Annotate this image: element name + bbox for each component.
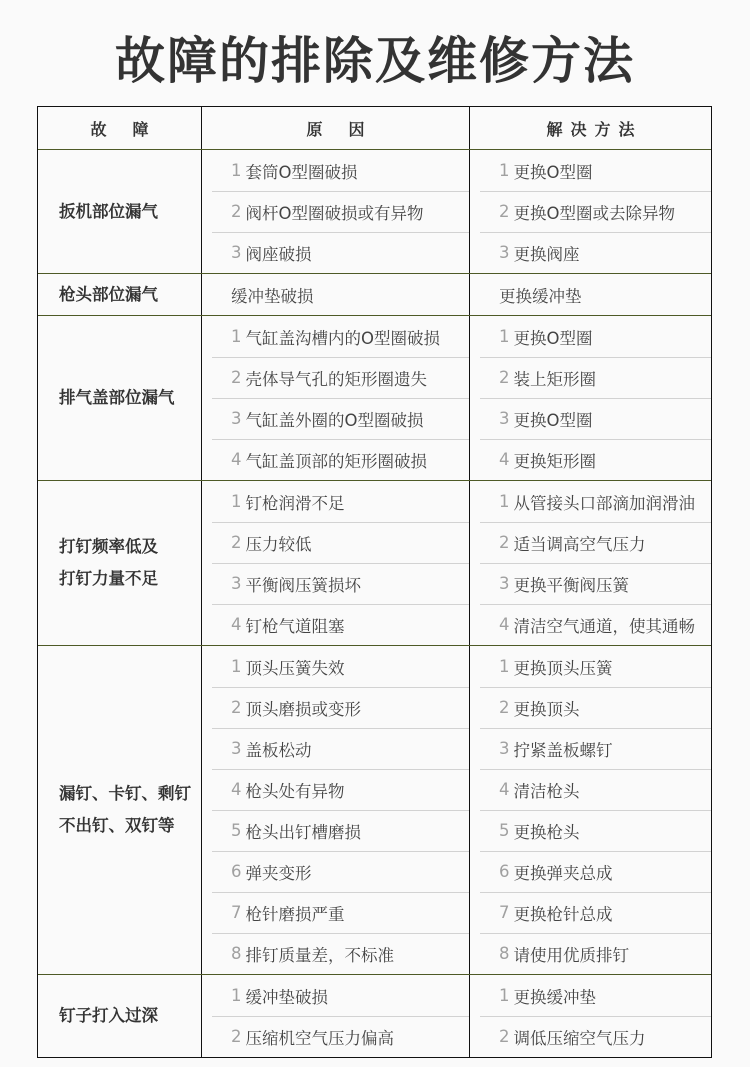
solution-item-number: 2 [499, 533, 510, 552]
solution-column: 1从管接头口部滴加润滑油2适当调高空气压力3更换平衡阀压簧4清洁空气通道，使其通… [470, 481, 711, 645]
cause-column: 1钉枪润滑不足2压力较低3平衡阀压簧损坏4钉枪气道阻塞 [202, 481, 470, 645]
cause-column: 1缓冲垫破损2压缩机空气压力偏高 [202, 975, 470, 1057]
fault-label: 钉子打入过深 [38, 975, 202, 1057]
cause-item: 3盖板松动 [202, 728, 469, 769]
cause-item: 5枪头出钉槽磨损 [202, 810, 469, 851]
solution-item-number: 1 [499, 986, 510, 1005]
cause-item: 3阀座破损 [202, 232, 469, 273]
solution-column: 1更换顶头压簧2更换顶头3拧紧盖板螺钉4清洁枪头5更换枪头6更换弹夹总成7更换枪… [470, 646, 711, 974]
cause-item: 2阀杆O型圈破损或有异物 [202, 191, 469, 232]
fault-label: 漏钉、卡钉、剩钉 不出钉、双钉等 [38, 646, 202, 974]
cause-item-number: 6 [231, 862, 242, 881]
cause-item-text: 钉枪气道阻塞 [246, 613, 345, 637]
solution-item-text: 更换缓冲垫 [514, 984, 597, 1008]
cause-item-text: 气缸盖沟槽内的O型圈破损 [246, 325, 441, 349]
solution-item: 1更换O型圈 [470, 150, 711, 191]
solution-item-text: 调低压缩空气压力 [514, 1025, 646, 1049]
cause-item-number: 1 [231, 492, 242, 511]
cause-item-text: 排钉质量差，不标准 [246, 942, 395, 966]
cause-item-number: 1 [231, 327, 242, 346]
solution-item-number: 4 [499, 780, 510, 799]
solution-item-text: 请使用优质排钉 [514, 942, 630, 966]
solution-item-text: 更换O型圈 [514, 159, 593, 183]
cause-column: 缓冲垫破损 [202, 274, 470, 315]
cause-item-text: 气缸盖外圈的O型圈破损 [246, 407, 424, 431]
table-header: 故障 原因 解决方法 [38, 107, 711, 150]
cause-column: 1气缸盖沟槽内的O型圈破损2壳体导气孔的矩形圈遗失3气缸盖外圈的O型圈破损4气缸… [202, 316, 470, 480]
cause-item-number: 3 [231, 243, 242, 262]
cause-item-text: 套筒O型圈破损 [246, 159, 358, 183]
solution-item-number: 1 [499, 492, 510, 511]
solution-item-text: 更换枪头 [514, 819, 580, 843]
solution-item-text: 清洁空气通道，使其通畅 [514, 613, 696, 637]
solution-item: 1从管接头口部滴加润滑油 [470, 481, 711, 522]
cause-item-number: 2 [231, 533, 242, 552]
cause-item-text: 钉枪润滑不足 [246, 490, 345, 514]
solution-item: 3更换阀座 [470, 232, 711, 273]
table-body: 扳机部位漏气1套筒O型圈破损2阀杆O型圈破损或有异物3阀座破损1更换O型圈2更换… [38, 150, 711, 1057]
solution-item: 1更换O型圈 [470, 316, 711, 357]
cause-item-number: 3 [231, 574, 242, 593]
solution-item-number: 2 [499, 202, 510, 221]
solution-item: 7更换枪针总成 [470, 892, 711, 933]
cause-item-number: 2 [231, 368, 242, 387]
solution-item: 2装上矩形圈 [470, 357, 711, 398]
cause-item-number: 2 [231, 698, 242, 717]
solution-item: 2更换顶头 [470, 687, 711, 728]
cause-item-text: 缓冲垫破损 [231, 283, 314, 307]
cause-item: 1顶头压簧失效 [202, 646, 469, 687]
fault-label: 扳机部位漏气 [38, 150, 202, 273]
cause-item-number: 4 [231, 615, 242, 634]
solution-item-number: 6 [499, 862, 510, 881]
solution-item-text: 更换顶头压簧 [514, 655, 613, 679]
cause-item-text: 顶头压簧失效 [246, 655, 345, 679]
solution-item-number: 1 [499, 161, 510, 180]
cause-item-text: 盖板松动 [246, 737, 312, 761]
cause-item-number: 1 [231, 657, 242, 676]
cause-item-number: 3 [231, 739, 242, 758]
cause-item: 2压力较低 [202, 522, 469, 563]
solution-item: 4清洁空气通道，使其通畅 [470, 604, 711, 645]
solution-item-text: 更换缓冲垫 [499, 283, 582, 307]
solution-item-text: 拧紧盖板螺钉 [514, 737, 613, 761]
header-fault: 故障 [38, 107, 202, 149]
solution-item-number: 2 [499, 368, 510, 387]
fault-label: 枪头部位漏气 [38, 274, 202, 315]
solution-item: 6更换弹夹总成 [470, 851, 711, 892]
solution-column: 1更换O型圈2装上矩形圈3更换O型圈4更换矩形圈 [470, 316, 711, 480]
cause-item: 2壳体导气孔的矩形圈遗失 [202, 357, 469, 398]
solution-item-number: 3 [499, 574, 510, 593]
solution-column: 1更换O型圈2更换O型圈或去除异物3更换阀座 [470, 150, 711, 273]
cause-item: 4钉枪气道阻塞 [202, 604, 469, 645]
cause-item-text: 平衡阀压簧损坏 [246, 572, 362, 596]
solution-item-number: 4 [499, 615, 510, 634]
solution-item-text: 更换平衡阀压簧 [514, 572, 630, 596]
cause-item-number: 2 [231, 1027, 242, 1046]
fault-group: 枪头部位漏气缓冲垫破损更换缓冲垫 [38, 274, 711, 316]
fault-group: 排气盖部位漏气1气缸盖沟槽内的O型圈破损2壳体导气孔的矩形圈遗失3气缸盖外圈的O… [38, 316, 711, 481]
solution-item-number: 8 [499, 944, 510, 963]
cause-item: 1套筒O型圈破损 [202, 150, 469, 191]
solution-item-text: 从管接头口部滴加润滑油 [514, 490, 696, 514]
solution-item: 8请使用优质排钉 [470, 933, 711, 974]
fault-group: 钉子打入过深1缓冲垫破损2压缩机空气压力偏高1更换缓冲垫2调低压缩空气压力 [38, 975, 711, 1057]
cause-item-number: 4 [231, 450, 242, 469]
cause-item: 4枪头处有异物 [202, 769, 469, 810]
cause-item-number: 2 [231, 202, 242, 221]
cause-item: 6弹夹变形 [202, 851, 469, 892]
cause-item: 1缓冲垫破损 [202, 975, 469, 1016]
cause-item: 2压缩机空气压力偏高 [202, 1016, 469, 1057]
solution-item-number: 2 [499, 1027, 510, 1046]
solution-item: 4更换矩形圈 [470, 439, 711, 480]
solution-item-text: 更换顶头 [514, 696, 580, 720]
cause-column: 1套筒O型圈破损2阀杆O型圈破损或有异物3阀座破损 [202, 150, 470, 273]
solution-item: 1更换顶头压簧 [470, 646, 711, 687]
cause-item-text: 阀杆O型圈破损或有异物 [246, 200, 424, 224]
solution-item-text: 更换枪针总成 [514, 901, 613, 925]
solution-item-text: 清洁枪头 [514, 778, 580, 802]
cause-item-text: 气缸盖顶部的矩形圈破损 [246, 448, 428, 472]
solution-item: 3更换平衡阀压簧 [470, 563, 711, 604]
cause-item: 4气缸盖顶部的矩形圈破损 [202, 439, 469, 480]
fault-group: 扳机部位漏气1套筒O型圈破损2阀杆O型圈破损或有异物3阀座破损1更换O型圈2更换… [38, 150, 711, 274]
cause-item: 7枪针磨损严重 [202, 892, 469, 933]
solution-item: 2调低压缩空气压力 [470, 1016, 711, 1057]
solution-column: 更换缓冲垫 [470, 274, 711, 315]
cause-item-number: 7 [231, 903, 242, 922]
cause-item: 3气缸盖外圈的O型圈破损 [202, 398, 469, 439]
solution-item-text: 更换O型圈或去除异物 [514, 200, 676, 224]
solution-item-number: 3 [499, 739, 510, 758]
solution-item-number: 3 [499, 243, 510, 262]
cause-item-text: 弹夹变形 [246, 860, 312, 884]
solution-item-text: 更换阀座 [514, 241, 580, 265]
fault-label: 打钉频率低及 打钉力量不足 [38, 481, 202, 645]
solution-item-number: 1 [499, 657, 510, 676]
cause-item: 缓冲垫破损 [202, 274, 469, 315]
solution-item-number: 5 [499, 821, 510, 840]
solution-item: 3更换O型圈 [470, 398, 711, 439]
cause-item-number: 1 [231, 986, 242, 1005]
cause-column: 1顶头压簧失效2顶头磨损或变形3盖板松动4枪头处有异物5枪头出钉槽磨损6弹夹变形… [202, 646, 470, 974]
solution-item-number: 7 [499, 903, 510, 922]
solution-item-text: 适当调高空气压力 [514, 531, 646, 555]
fault-label: 排气盖部位漏气 [38, 316, 202, 480]
cause-item-text: 壳体导气孔的矩形圈遗失 [246, 366, 428, 390]
solution-item: 5更换枪头 [470, 810, 711, 851]
cause-item-number: 4 [231, 780, 242, 799]
cause-item: 8排钉质量差，不标准 [202, 933, 469, 974]
page-title: 故障的排除及维修方法 [0, 30, 750, 92]
cause-item-text: 压力较低 [246, 531, 312, 555]
solution-item-text: 更换弹夹总成 [514, 860, 613, 884]
cause-item: 1气缸盖沟槽内的O型圈破损 [202, 316, 469, 357]
solution-item-number: 3 [499, 409, 510, 428]
solution-item: 1更换缓冲垫 [470, 975, 711, 1016]
cause-item-text: 枪头处有异物 [246, 778, 345, 802]
header-cause: 原因 [202, 107, 470, 149]
cause-item-text: 枪针磨损严重 [246, 901, 345, 925]
fault-group: 漏钉、卡钉、剩钉 不出钉、双钉等1顶头压簧失效2顶头磨损或变形3盖板松动4枪头处… [38, 646, 711, 975]
troubleshooting-table: 故障 原因 解决方法 扳机部位漏气1套筒O型圈破损2阀杆O型圈破损或有异物3阀座… [37, 106, 712, 1058]
cause-item: 3平衡阀压簧损坏 [202, 563, 469, 604]
solution-item-number: 4 [499, 450, 510, 469]
solution-item-text: 装上矩形圈 [514, 366, 597, 390]
cause-item-text: 缓冲垫破损 [246, 984, 329, 1008]
solution-item-number: 1 [499, 327, 510, 346]
solution-item-text: 更换O型圈 [514, 325, 593, 349]
solution-item: 2更换O型圈或去除异物 [470, 191, 711, 232]
cause-item-number: 3 [231, 409, 242, 428]
header-solution: 解决方法 [470, 107, 711, 149]
cause-item-text: 阀座破损 [246, 241, 312, 265]
cause-item-number: 5 [231, 821, 242, 840]
solution-item-text: 更换矩形圈 [514, 448, 597, 472]
solution-item: 更换缓冲垫 [470, 274, 711, 315]
cause-item-text: 压缩机空气压力偏高 [246, 1025, 395, 1049]
cause-item-number: 1 [231, 161, 242, 180]
solution-item: 4清洁枪头 [470, 769, 711, 810]
solution-item-number: 2 [499, 698, 510, 717]
cause-item: 1钉枪润滑不足 [202, 481, 469, 522]
cause-item: 2顶头磨损或变形 [202, 687, 469, 728]
cause-item-number: 8 [231, 944, 242, 963]
fault-group: 打钉频率低及 打钉力量不足1钉枪润滑不足2压力较低3平衡阀压簧损坏4钉枪气道阻塞… [38, 481, 711, 646]
solution-item-text: 更换O型圈 [514, 407, 593, 431]
solution-column: 1更换缓冲垫2调低压缩空气压力 [470, 975, 711, 1057]
solution-item: 2适当调高空气压力 [470, 522, 711, 563]
cause-item-text: 顶头磨损或变形 [246, 696, 362, 720]
solution-item: 3拧紧盖板螺钉 [470, 728, 711, 769]
cause-item-text: 枪头出钉槽磨损 [246, 819, 362, 843]
